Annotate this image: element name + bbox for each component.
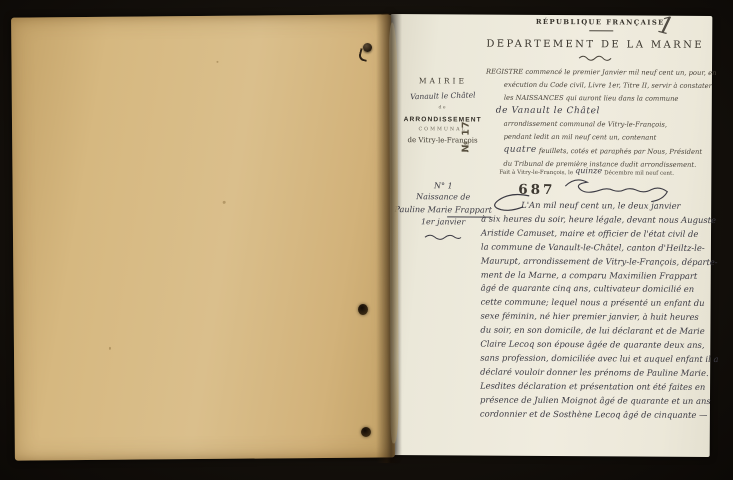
act-line: à six heures du soir, heure légale, deva… bbox=[481, 212, 711, 227]
act-line: L'An mil neuf cent un, le deux janvier bbox=[481, 199, 711, 214]
mairie-de-label: de bbox=[393, 105, 493, 111]
mairie-commune-handwritten: Vanault le Châtel bbox=[393, 90, 493, 102]
act-line: sexe féminin, né hier premier janvier, à… bbox=[480, 310, 710, 325]
numero-stamp: № 17 bbox=[460, 105, 476, 167]
child-name: Pauline Marie Frappart bbox=[391, 204, 495, 215]
feuillets-count-handwritten: quatre bbox=[503, 144, 536, 154]
heading-rule bbox=[589, 30, 613, 31]
paper-speck bbox=[109, 347, 111, 350]
child-name-text: Pauline Marie Frappart bbox=[394, 204, 492, 215]
paper-speck bbox=[216, 61, 218, 63]
paper-speck bbox=[223, 201, 226, 204]
act-line: Maurupt, arrondissement de Vitry-le-Fran… bbox=[481, 254, 711, 269]
binding-hole bbox=[361, 427, 371, 437]
departement-heading: DEPARTEMENT DE LA MARNE bbox=[472, 39, 718, 52]
arrondissement-label: ARRONDISSEMENT bbox=[393, 116, 493, 124]
act-line: cordonnier et de Sosthène Lecoq âgé de c… bbox=[480, 407, 710, 422]
cover-page bbox=[11, 14, 395, 460]
birth-act-text: L'An mil neuf cent un, le deux janvierà … bbox=[480, 199, 711, 423]
mairie-label: MAIRIE bbox=[393, 76, 493, 86]
act-line: la commune de Vanault-le-Châtel, canton … bbox=[481, 240, 711, 255]
heading-squiggle bbox=[578, 54, 612, 61]
act-line: déclaré vouloir donner les prénoms de Pa… bbox=[480, 365, 710, 380]
act-line: présence de Julien Moignot âgé de quaran… bbox=[480, 393, 710, 408]
act-line: Lesdites déclaration et présentation ont… bbox=[480, 379, 710, 394]
act-line: âgé de quarante cinq ans, cultivateur do… bbox=[481, 282, 711, 297]
fastener-wire-icon bbox=[358, 48, 370, 62]
act-line: sans profession, domiciliée avec lui et … bbox=[480, 352, 710, 367]
margin-annotation: N° 1 Naissance de Pauline Marie Frappart… bbox=[391, 181, 495, 246]
binding-hole bbox=[358, 304, 368, 315]
communal-label: COMMUNAL bbox=[393, 127, 493, 133]
register-scan: 1 RÉPUBLIQUE FRANÇAISE DEPARTEMENT DE LA… bbox=[0, 0, 733, 480]
registre-line-printed: feuillets, cotés et paraphés par Nous, P… bbox=[539, 146, 702, 155]
register-title-page: 1 RÉPUBLIQUE FRANÇAISE DEPARTEMENT DE LA… bbox=[388, 14, 713, 457]
act-line: du soir, en son domicile, de lui déclara… bbox=[480, 324, 710, 339]
act-line: Aristide Camuset, maire et officier de l… bbox=[481, 226, 711, 241]
birth-date: 1er janvier bbox=[391, 217, 495, 227]
act-line: ment de la Marne, a comparu Maximilien F… bbox=[481, 268, 711, 283]
acte-type: Naissance de bbox=[391, 192, 495, 202]
registre-line: pendant ledit an mil neuf cent un, conte… bbox=[486, 131, 733, 146]
registre-paragraph: REGISTRE commencé le premier Janvier mil… bbox=[485, 66, 733, 173]
act-line: cette commune; lequel nous a présenté un… bbox=[481, 296, 711, 311]
acte-number: N° 1 bbox=[391, 181, 495, 191]
act-line: Claire Lecoq son épouse âgée de quarante… bbox=[480, 338, 710, 353]
binding-gutter bbox=[376, 13, 402, 463]
republique-heading: RÉPUBLIQUE FRANÇAISE bbox=[528, 18, 672, 27]
binding-fastener bbox=[359, 41, 374, 62]
arrondissement-ville-label: de Vitry-le-François bbox=[393, 136, 493, 145]
mairie-block: MAIRIE Vanault le Châtel de ARRONDISSEME… bbox=[393, 76, 493, 145]
margin-underline-flourish bbox=[423, 234, 463, 241]
